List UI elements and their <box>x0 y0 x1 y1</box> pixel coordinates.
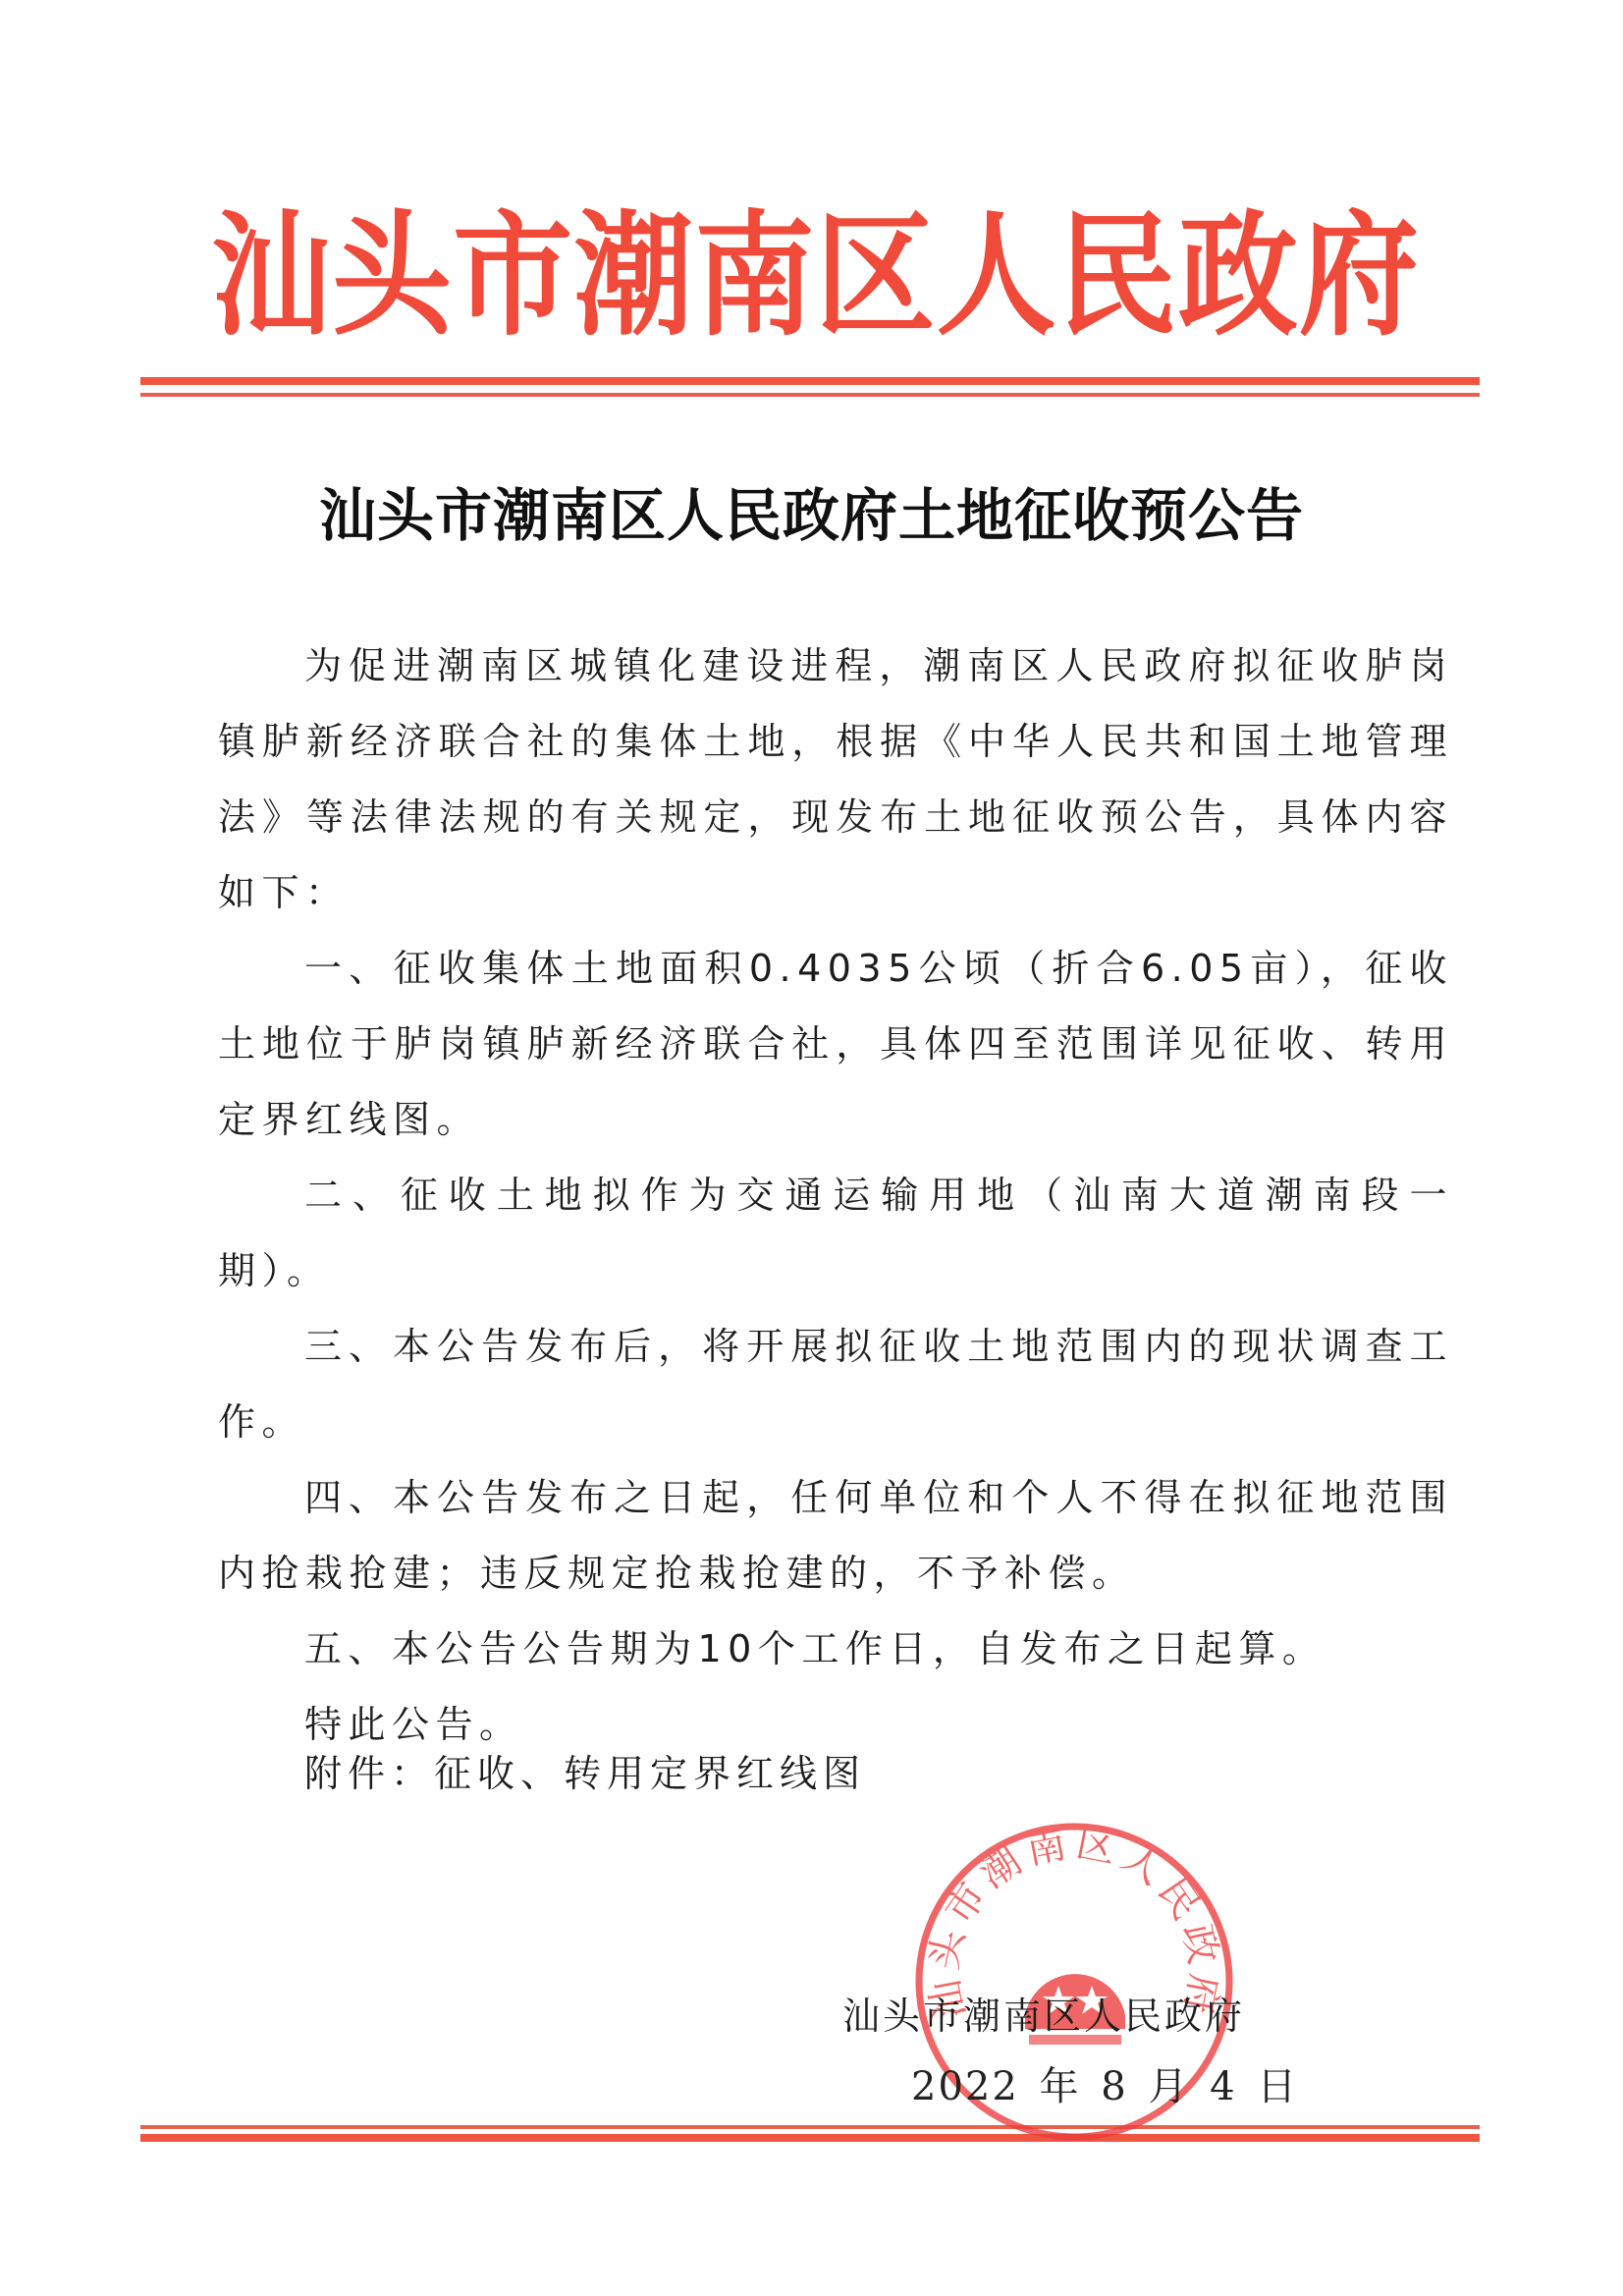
masthead-char: 市 <box>453 208 572 343</box>
paragraph-item-1: 一、征收集体土地面积0.4035公顷（折合6.05亩），征收土地位于胪岗镇胪新经… <box>218 931 1453 1158</box>
masthead: 汕 头 市 潮 南 区 人 民 政 府 <box>211 201 1419 349</box>
header-rule-thick <box>140 377 1480 385</box>
masthead-char: 府 <box>1299 208 1419 343</box>
masthead-char: 民 <box>1057 208 1177 343</box>
header-rule-thin <box>140 393 1480 397</box>
issue-date: 2022 年 8 月 4 日 <box>911 2055 1298 2111</box>
footer-rule-thin <box>140 2125 1480 2129</box>
masthead-char: 人 <box>937 208 1056 343</box>
masthead-char: 头 <box>332 208 452 343</box>
footer-rule-thick <box>140 2134 1480 2142</box>
paragraph-item-5: 五、本公告公告期为10个工作日，自发布之日起算。 <box>218 1612 1453 1687</box>
paragraph-item-3: 三、本公告发布后，将开展拟征收土地范围内的现状调查工作。 <box>218 1309 1453 1460</box>
attachment-note: 附件：征收、转用定界红线图 <box>304 1743 866 1797</box>
paragraph-intro: 为促进潮南区城镇化建设进程，潮南区人民政府拟征收胪岗镇胪新经济联合社的集体土地，… <box>218 629 1453 931</box>
document-title: 汕头市潮南区人民政府土地征收预公告 <box>0 469 1623 552</box>
masthead-char: 区 <box>816 208 936 343</box>
masthead-char: 政 <box>1178 208 1298 343</box>
masthead-char: 潮 <box>573 208 693 343</box>
masthead-char: 南 <box>694 208 814 343</box>
paragraph-item-2: 二、征收土地拟作为交通运输用地（汕南大道潮南段一期）。 <box>218 1158 1453 1309</box>
issuer-signature: 汕头市潮南区人民政府 <box>842 1986 1245 2040</box>
masthead-char: 汕 <box>211 208 331 343</box>
document-body: 为促进潮南区城镇化建设进程，潮南区人民政府拟征收胪岗镇胪新经济联合社的集体土地，… <box>218 629 1453 1763</box>
paragraph-item-4: 四、本公告发布之日起，任何单位和个人不得在拟征地范围内抢栽抢建；违反规定抢栽抢建… <box>218 1460 1453 1612</box>
